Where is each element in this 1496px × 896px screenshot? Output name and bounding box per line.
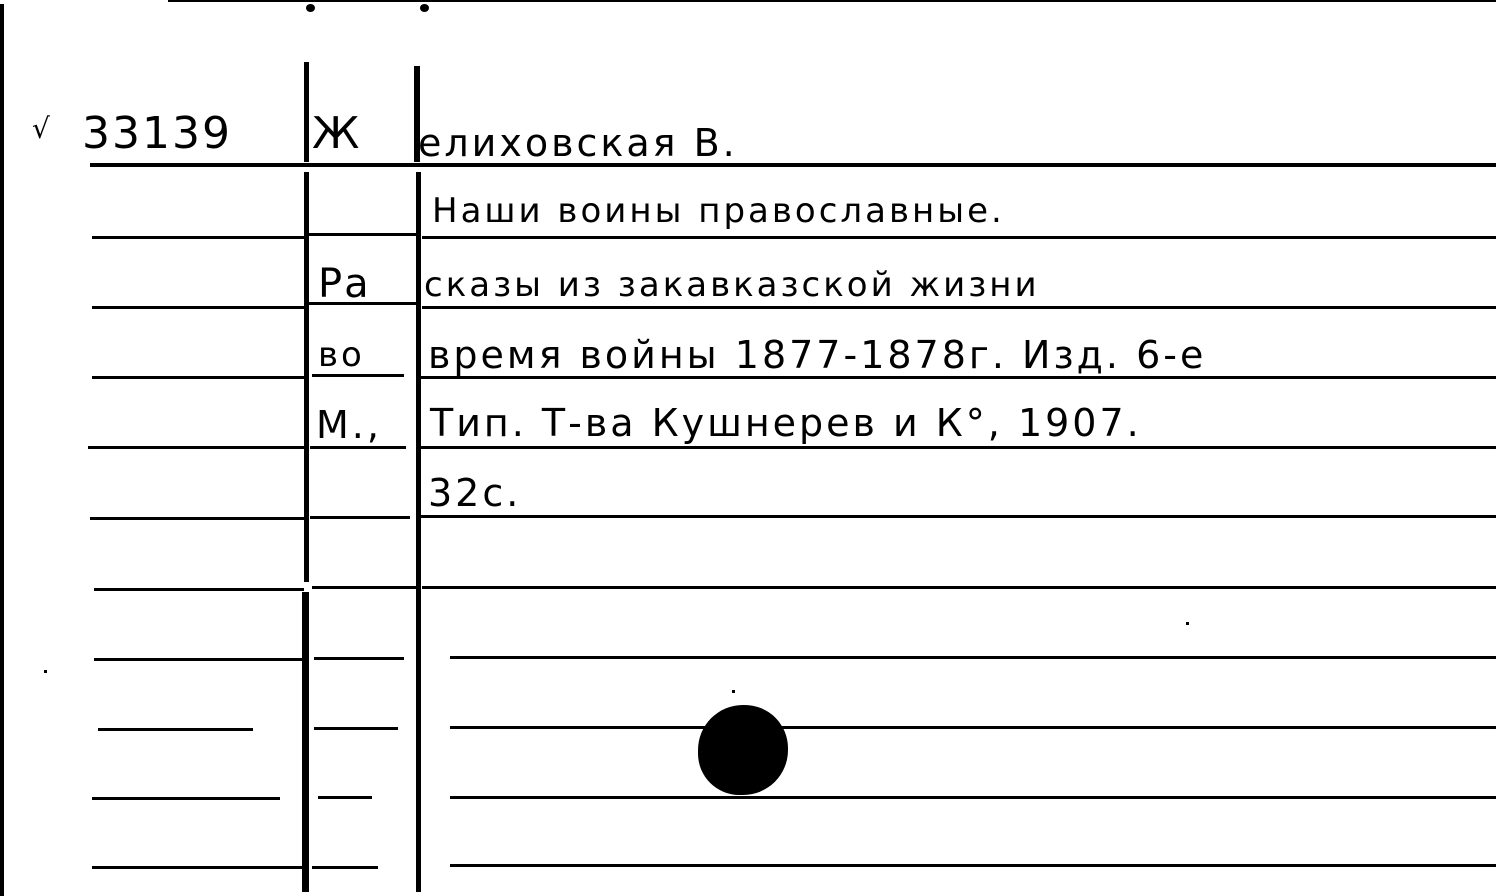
ruled-line: [312, 586, 416, 589]
card-top-edge: [168, 0, 1496, 2]
scan-speck: [44, 670, 47, 673]
scan-speck: [732, 690, 735, 693]
card-left-edge: [0, 4, 4, 896]
title-line-2: сказы из закавказской жизни: [424, 268, 1040, 302]
title-line-4: Тип. Т-ва Кушнерев и К°, 1907.: [430, 404, 1142, 442]
ruled-line: [88, 446, 304, 449]
vertical-rule-right: [416, 172, 421, 892]
heading-letter: Ж: [312, 112, 359, 156]
catalog-card: √ 33139 Ж елиховская В. Наши воины право…: [0, 0, 1496, 896]
scan-speck: [1186, 622, 1189, 625]
vertical-rule-left-lower: [302, 592, 309, 892]
author-name: елиховская В.: [418, 124, 738, 162]
ruled-line: [92, 797, 280, 800]
ruled-line: [92, 306, 304, 309]
ruled-line: [312, 866, 378, 869]
title-line-3: время войны 1877-1878г. Изд. 6-е: [428, 336, 1206, 374]
ruled-line: [90, 517, 304, 520]
ruled-line: [450, 864, 1496, 867]
call-number: 33139: [82, 112, 232, 156]
ruled-line: [450, 656, 1496, 659]
title-line-1: Наши воины православные.: [432, 194, 1005, 228]
ruled-line: [422, 236, 1496, 239]
ruled-line: [450, 726, 1496, 729]
ruled-line: [420, 515, 1496, 518]
pages-line: 32с.: [428, 474, 521, 512]
ruled-line: [94, 658, 304, 661]
ruled-line: [94, 588, 304, 591]
check-mark: √: [32, 112, 50, 145]
ruled-line: [314, 657, 404, 660]
header-rule: [90, 163, 1496, 167]
vertical-rule-left-head: [304, 62, 309, 162]
top-mark-dot: [306, 4, 315, 12]
ruled-line: [318, 796, 372, 799]
ruled-line: [310, 516, 410, 519]
margin-fragment-3: М.,: [316, 406, 382, 444]
ruled-line: [92, 866, 302, 869]
ruled-line: [92, 236, 304, 239]
margin-fragment-1: Ра: [318, 264, 371, 304]
top-mark-dot: [420, 4, 429, 12]
punch-hole: [698, 705, 788, 795]
ruled-line: [450, 796, 1496, 799]
ruled-line: [308, 233, 416, 236]
ruled-line: [422, 586, 1496, 589]
ruled-line: [420, 446, 1496, 449]
ruled-line: [314, 727, 398, 730]
ruled-line: [98, 728, 253, 731]
ruled-line: [92, 376, 304, 379]
ruled-line: [422, 306, 1496, 309]
margin-fragment-2: во: [318, 338, 365, 372]
